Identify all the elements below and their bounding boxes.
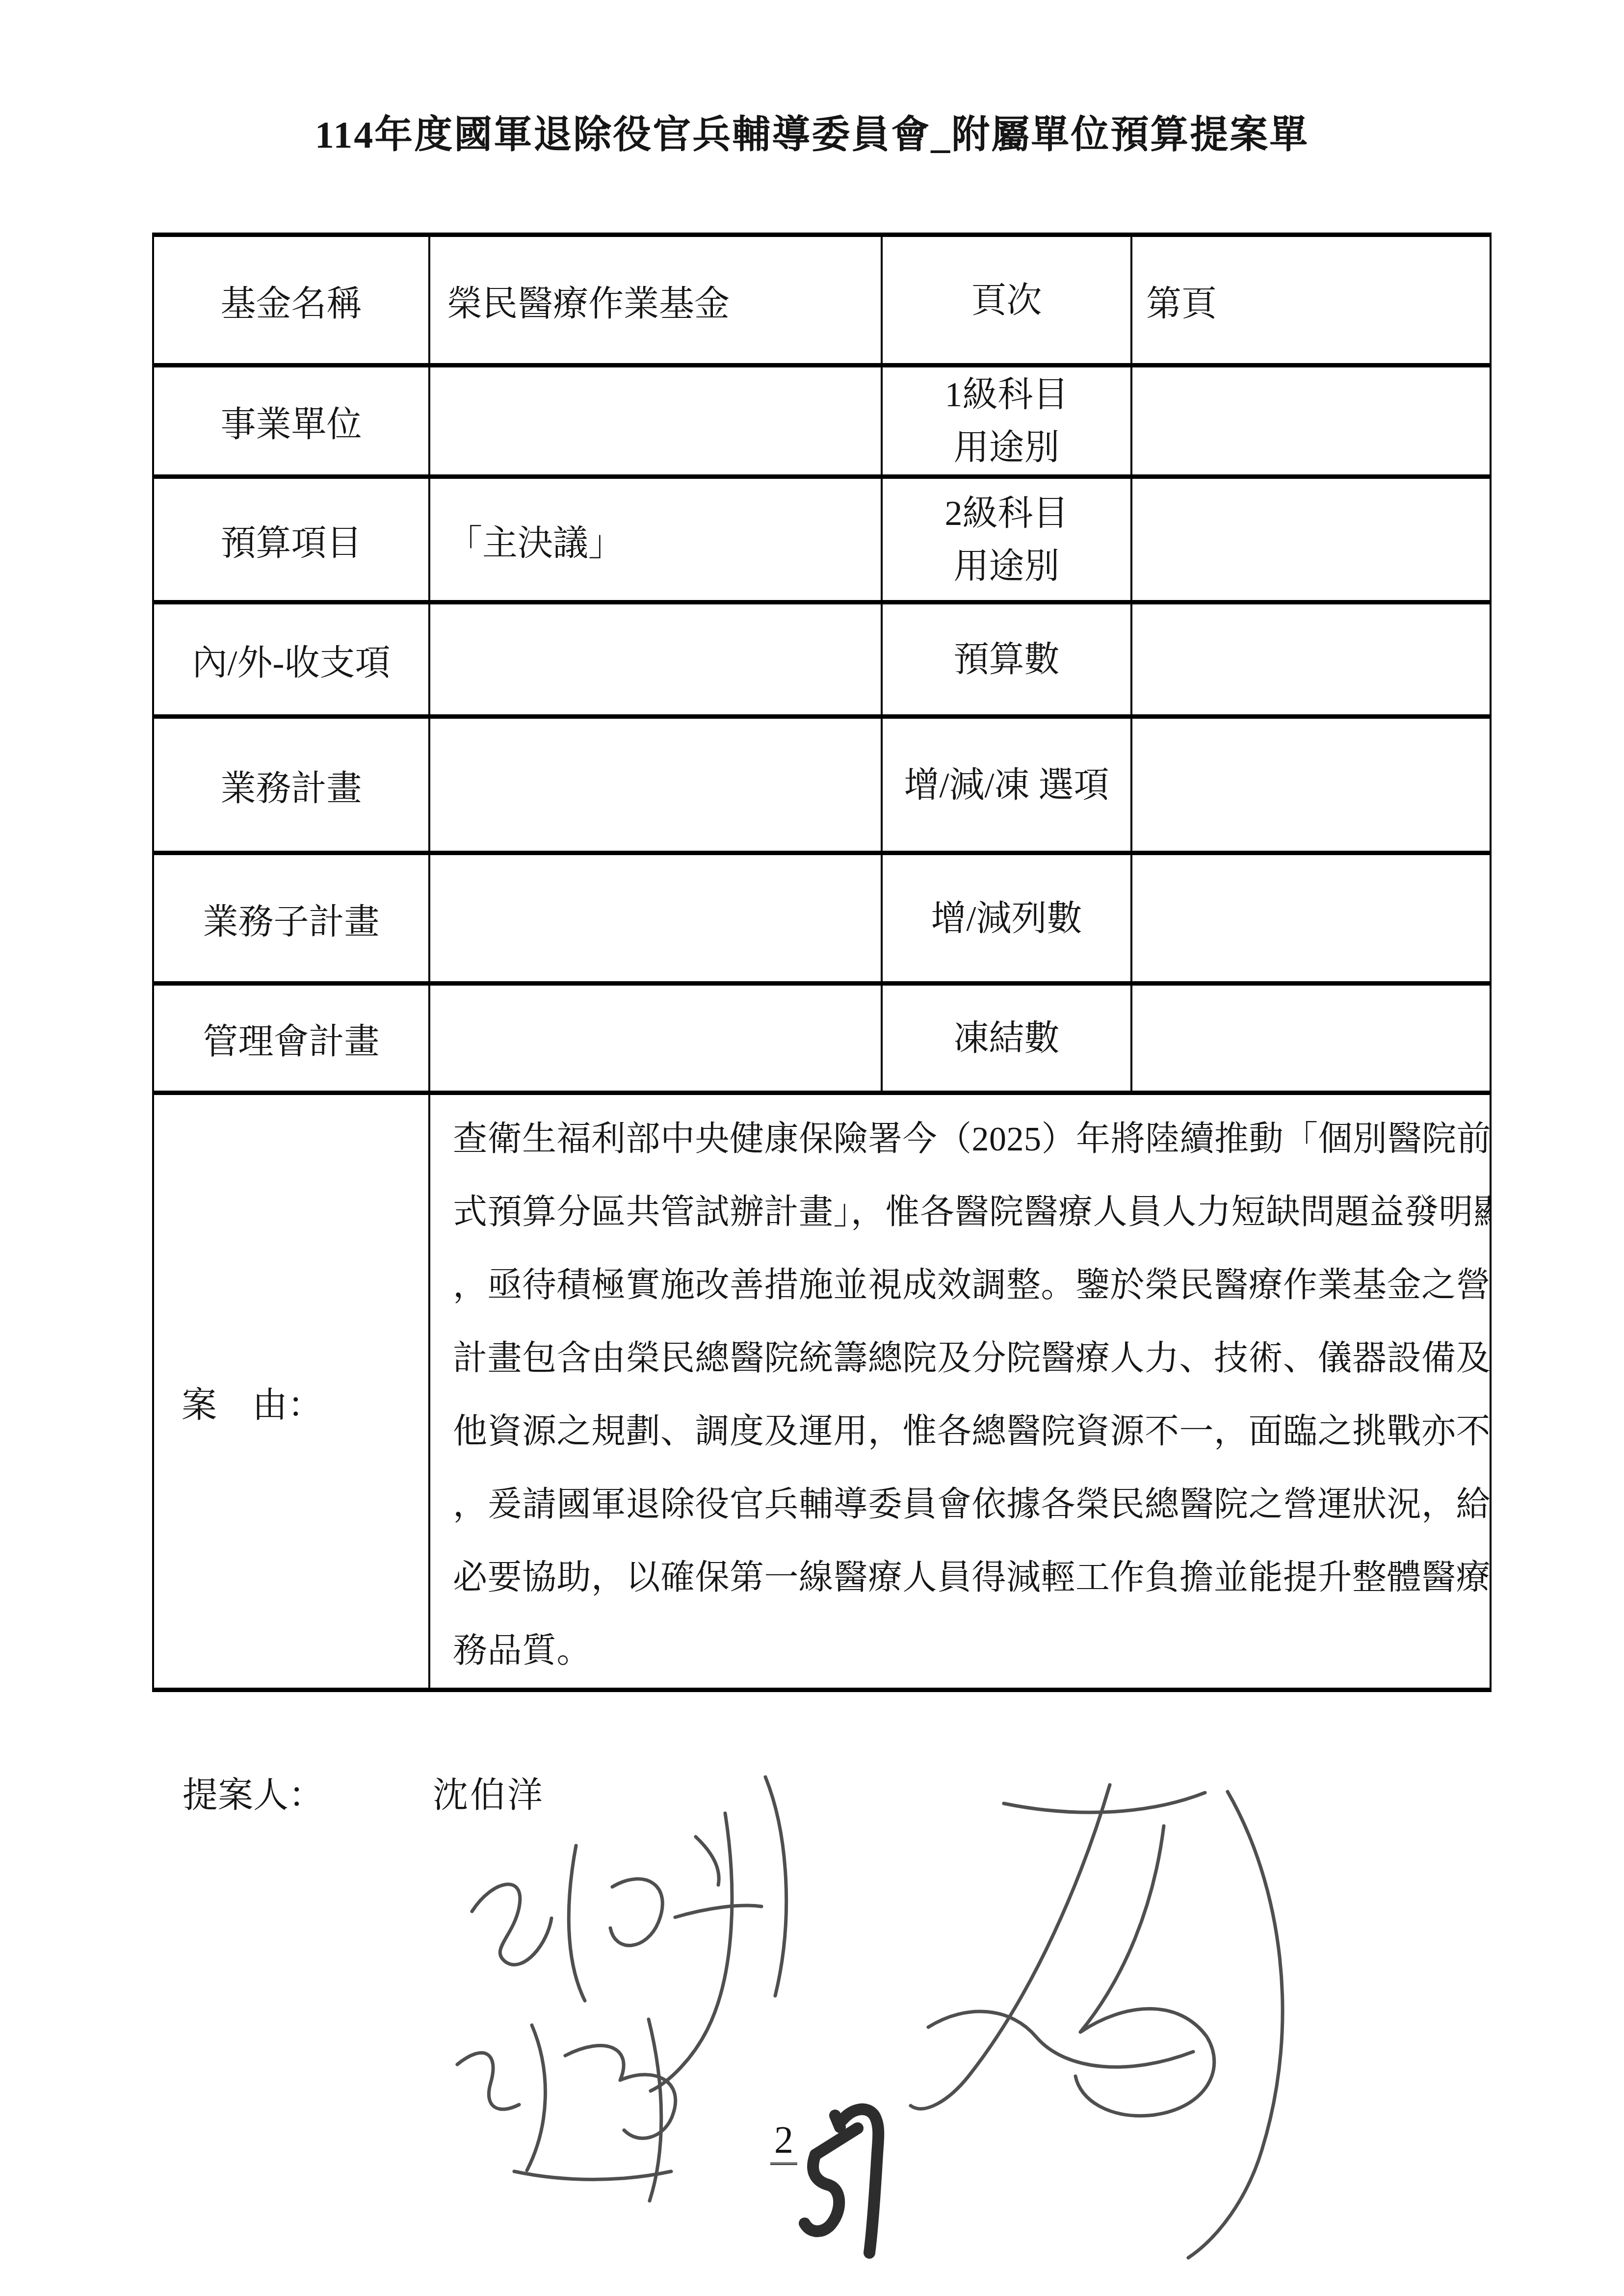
case-line: ，爰請國軍退除役官兵輔導委員會依據各榮民總醫院之營運狀況，給予 bbox=[453, 1468, 1484, 1541]
table-row: 事業單位 1級科目 用途別 bbox=[153, 365, 1491, 477]
page-title: 114年度國軍退除役官兵輔導委員會_附屬單位預算提案單 bbox=[0, 104, 1624, 159]
row-label-inc-dec-rows: 增/減列數 bbox=[882, 853, 1131, 984]
row-label-in-out-item: 內/外-收支項 bbox=[153, 602, 429, 717]
row-value-budget-item: 「主決議」 bbox=[429, 477, 882, 602]
row-label-budget-item: 預算項目 bbox=[153, 477, 429, 602]
row-value-inc-dec-freeze-option bbox=[1131, 717, 1491, 853]
table-row: 業務子計畫 增/減列數 bbox=[153, 853, 1491, 984]
row-label-frozen-amount: 凍結數 bbox=[882, 984, 1131, 1093]
row-value-in-out-item bbox=[429, 602, 882, 717]
budget-proposal-table: 基金名稱 榮民醫療作業基金 頁次 第頁 事業單位 1級科目 用途別 預算項目 「… bbox=[152, 233, 1492, 1692]
row-value-business-unit bbox=[429, 365, 882, 477]
row-value-level1-subject bbox=[1131, 365, 1491, 477]
row-value-business-plan bbox=[429, 717, 882, 853]
proposer-name: 沈伯洋 bbox=[433, 1766, 545, 1817]
row-label-management-plan: 管理會計畫 bbox=[153, 984, 429, 1093]
row-value-management-plan bbox=[429, 984, 882, 1093]
row-label-level1-subject: 1級科目 用途別 bbox=[882, 365, 1131, 477]
row-value-budget-amount bbox=[1131, 602, 1491, 717]
page-number: 2 bbox=[770, 2117, 797, 2165]
case-line: 計畫包含由榮民總醫院統籌總院及分院醫療人力、技術、儀器設備及其 bbox=[453, 1322, 1484, 1395]
table-row: 基金名稱 榮民醫療作業基金 頁次 第頁 bbox=[153, 235, 1491, 365]
row-value-frozen-amount bbox=[1131, 984, 1491, 1093]
row-value-inc-dec-rows bbox=[1131, 853, 1491, 984]
row-label-inc-dec-freeze-option: 增/減/凍 選項 bbox=[882, 717, 1131, 853]
signature-second-handwritten bbox=[457, 2019, 676, 2201]
case-row: 案 由： 查衛生福利部中央健康保險署今（2025）年將陸續推動「個別醫院前瞻 式… bbox=[153, 1093, 1491, 1690]
case-line: ，亟待積極實施改善措施並視成效調整。鑒於榮民醫療作業基金之營運 bbox=[453, 1249, 1484, 1322]
proposer-label: 提案人： bbox=[183, 1766, 324, 1817]
row-label-fund-name: 基金名稱 bbox=[153, 235, 429, 365]
case-line: 他資源之規劃、調度及運用，惟各總醫院資源不一，面臨之挑戰亦不同 bbox=[453, 1395, 1484, 1468]
case-text: 查衛生福利部中央健康保險署今（2025）年將陸續推動「個別醫院前瞻 式預算分區共… bbox=[429, 1093, 1491, 1690]
row-label-business-unit: 事業單位 bbox=[153, 365, 429, 477]
row-label-page-index: 頁次 bbox=[882, 235, 1131, 365]
scanned-budget-proposal-page: 114年度國軍退除役官兵輔導委員會_附屬單位預算提案單 基金名稱 榮民醫療作業基… bbox=[0, 0, 1624, 2296]
row-value-business-subplan bbox=[429, 853, 882, 984]
table-row: 管理會計畫 凍結數 bbox=[153, 984, 1491, 1093]
signature-flourish-handwritten bbox=[911, 1785, 1283, 2258]
table-row: 業務計畫 增/減/凍 選項 bbox=[153, 717, 1491, 853]
case-line: 務品質。 bbox=[453, 1615, 1484, 1688]
row-value-page-index: 第頁 bbox=[1131, 235, 1491, 365]
row-label-level2-subject: 2級科目 用途別 bbox=[882, 477, 1131, 602]
table-row: 預算項目 「主決議」 2級科目 用途別 bbox=[153, 477, 1491, 602]
row-label-business-plan: 業務計畫 bbox=[153, 717, 429, 853]
row-label-budget-amount: 預算數 bbox=[882, 602, 1131, 717]
case-line: 式預算分區共管試辦計畫」，惟各醫院醫療人員人力短缺問題益發明顯 bbox=[453, 1176, 1484, 1249]
signature-proposer-handwritten bbox=[472, 1777, 786, 2091]
row-value-level2-subject bbox=[1131, 477, 1491, 602]
case-label: 案 由： bbox=[153, 1093, 429, 1690]
table-row: 內/外-收支項 預算數 bbox=[153, 602, 1491, 717]
case-line: 必要協助，以確保第一線醫療人員得減輕工作負擔並能提升整體醫療服 bbox=[453, 1541, 1484, 1615]
handwritten-page-number-57 bbox=[805, 2109, 878, 2253]
case-line: 查衛生福利部中央健康保險署今（2025）年將陸續推動「個別醫院前瞻 bbox=[453, 1103, 1484, 1176]
row-value-fund-name: 榮民醫療作業基金 bbox=[429, 235, 882, 365]
row-label-business-subplan: 業務子計畫 bbox=[153, 853, 429, 984]
